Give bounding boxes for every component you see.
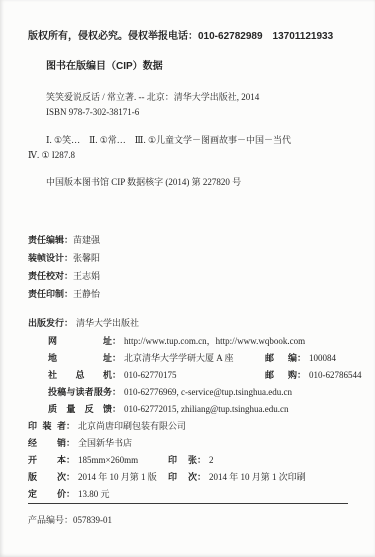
pub-label: 地址 [48, 351, 112, 364]
staff-value: 苗建强 [73, 235, 100, 245]
staff-label: 责任校对： [28, 271, 73, 281]
prod-row-printer: 印装者：北京尚唐印刷包装有限公司 [28, 419, 368, 431]
mailorder-phone: 010-62786544 [309, 370, 362, 380]
postcode-value: 100084 [309, 353, 336, 363]
distributor-value: 全国新华书店 [78, 438, 132, 448]
pub-row-reader-service: 投稿与读者服务：010-62776969, c-service@tup.tsin… [28, 385, 368, 397]
staff-label: 装帧设计： [28, 253, 73, 263]
postcode-pair: 邮编：100084 [265, 351, 336, 364]
mailorder-pair: 邮购：010-62786544 [265, 368, 362, 381]
staff-value: 王静怡 [73, 289, 100, 299]
staff-label: 责任编辑： [28, 235, 73, 245]
pub-row-website: 网址：http://www.tup.com.cn，http://www.wqbo… [28, 334, 368, 346]
pub-label: 网址 [48, 334, 112, 347]
quality-feedback-contact: 010-62772015, zhiliang@tup.tsinghua.edu.… [124, 404, 289, 414]
cip-record-line: 中国版本图书馆 CIP 数据核字 (2014) 第 227820 号 [46, 177, 241, 188]
copyright-notice: 版权所有，侵权必究。侵权举报电话：010-62782989 1370112193… [28, 31, 333, 43]
staff-row-designer: 装帧设计：张馨阳 [28, 251, 368, 263]
pub-label: 投稿与读者服务 [48, 385, 112, 398]
pub-label: 质量反馈 [48, 402, 112, 415]
prod-label: 版次 [28, 470, 66, 483]
prod-label: 定价 [28, 487, 66, 500]
impression-pair: 印次：2014 年 10 月第 1 次印刷 [168, 470, 306, 483]
staff-row-editor: 责任编辑：苗建强 [28, 233, 368, 245]
product-number-value: 057839-01 [73, 515, 112, 525]
staff-value: 王志娟 [73, 271, 100, 281]
product-number-row: 产品编号：057839-01 [28, 513, 368, 525]
prod-row-price: 定价：13.80 元 [28, 487, 368, 499]
mailorder-label: 邮购 [265, 368, 297, 381]
address-value: 北京清华大学学研大厦 A 座 [124, 353, 234, 363]
website-urls: http://www.tup.com.cn，http://www.wqbook.… [124, 336, 305, 346]
format-value: 185mm×260mm [78, 455, 138, 465]
copyright-page: 版权所有，侵权必究。侵权举报电话：010-62782989 1370112193… [0, 0, 375, 557]
reader-service-contact: 010-62776969, c-service@tup.tsinghua.edu… [124, 387, 292, 397]
prod-row-edition: 版次：2014 年 10 月第 1 版 印次：2014 年 10 月第 1 次印… [28, 470, 368, 482]
cip-heading: 图书在版编目（CIP）数据 [46, 61, 163, 73]
prod-row-distributor: 经销：全国新华书店 [28, 436, 368, 448]
staff-value: 张馨阳 [73, 253, 100, 263]
divider-rule [28, 503, 348, 504]
sheets-label: 印张 [168, 453, 197, 466]
printer-value: 北京尚唐印刷包装有限公司 [78, 421, 186, 431]
staff-row-printing-supervisor: 责任印制：王静怡 [28, 287, 368, 299]
pub-row-switchboard: 社总机：010-62770175 邮购：010-62786544 [28, 368, 368, 380]
sheets-value: 2 [209, 455, 214, 465]
price-value: 13.80 元 [78, 489, 110, 499]
cip-isbn: ISBN 978-7-302-38171-6 [46, 107, 139, 118]
switchboard-phone: 010-62770175 [124, 370, 177, 380]
pub-row-quality-feedback: 质量反馈：010-62772015, zhiliang@tup.tsinghua… [28, 402, 368, 414]
publisher-label: 出版发行 [28, 318, 64, 328]
pub-label: 社总机 [48, 368, 112, 381]
pub-row-address: 地址：北京清华大学学研大厦 A 座 邮编：100084 [28, 351, 368, 363]
publisher-row: 出版发行：清华大学出版社 [28, 316, 368, 328]
impression-value: 2014 年 10 月第 1 次印刷 [209, 472, 306, 482]
cip-class-line2: Ⅳ. ① I287.8 [28, 150, 75, 161]
postcode-label: 邮编 [265, 351, 297, 364]
staff-label: 责任印制： [28, 289, 73, 299]
product-number-label: 产品编号： [28, 515, 73, 525]
edition-value: 2014 年 10 月第 1 版 [78, 472, 157, 482]
publisher-value: 清华大学出版社 [76, 318, 139, 328]
prod-label: 开本 [28, 453, 66, 466]
cip-class-line1: Ⅰ. ①笑… Ⅱ. ①常… Ⅲ. ①儿童文学－图画故事－中国－当代 [46, 135, 291, 146]
sheets-pair: 印张：2 [168, 453, 214, 466]
cip-title-line: 笑笑爱说反话 / 常立著. -- 北京：清华大学出版社, 2014 [46, 92, 259, 103]
prod-label: 印装者 [28, 419, 66, 432]
staff-row-proofreader: 责任校对：王志娟 [28, 269, 368, 281]
impression-label: 印次 [168, 470, 197, 483]
prod-label: 经销 [28, 436, 66, 449]
prod-row-format: 开本：185mm×260mm 印张：2 [28, 453, 368, 465]
